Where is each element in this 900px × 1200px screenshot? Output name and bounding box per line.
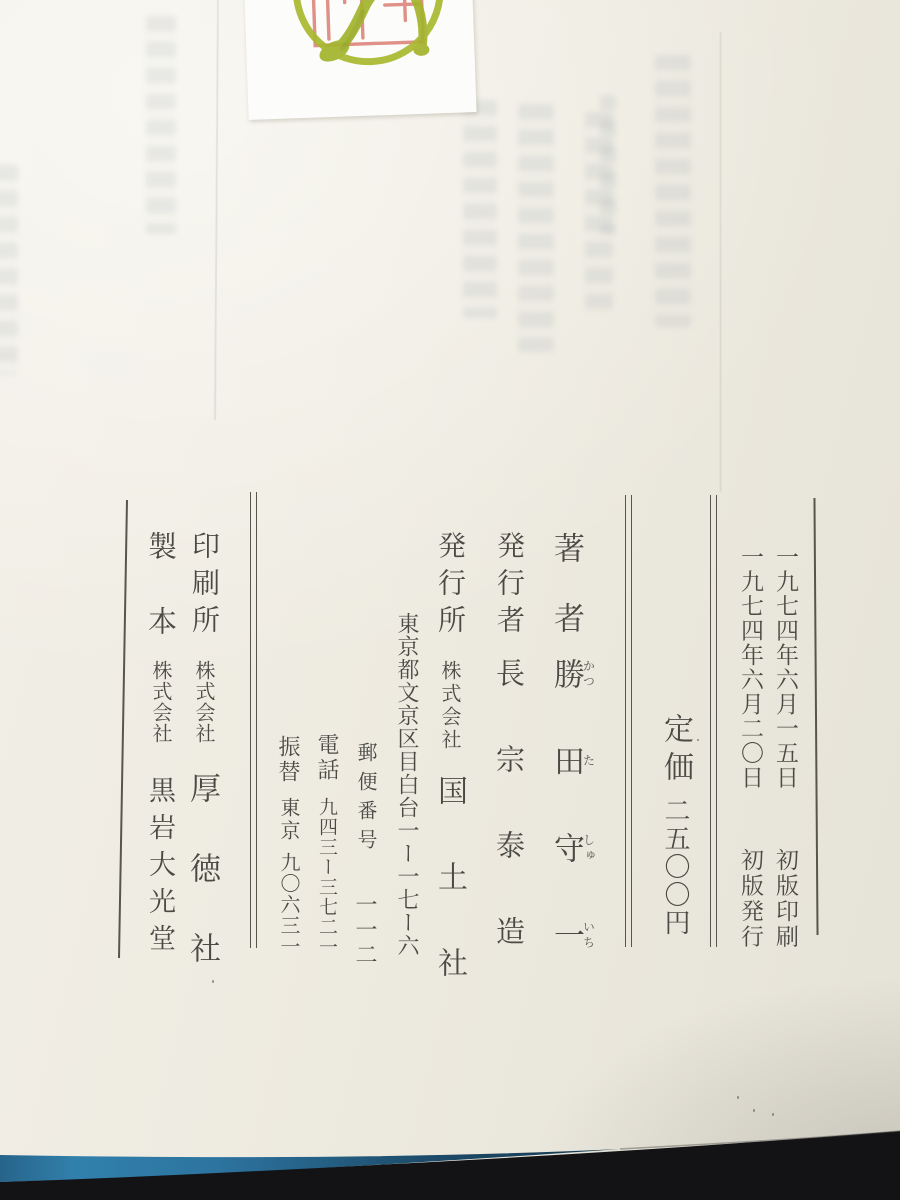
colophon-rule-right bbox=[813, 498, 818, 935]
edition-1-date: 一九七四年六月一五日 bbox=[774, 545, 797, 790]
phone-label: 電話 bbox=[316, 733, 338, 783]
author-name-furigana: しゅ bbox=[582, 832, 596, 863]
author-name-char: 田 bbox=[549, 745, 584, 776]
publisher-address: 東京都文京区目白台一ー一七ー六 bbox=[396, 612, 418, 957]
colophon-rule-double bbox=[250, 492, 251, 948]
price-value: 二五〇〇円 bbox=[662, 797, 688, 937]
publisher-label: 発行者 bbox=[494, 531, 522, 642]
dust-speck bbox=[697, 739, 699, 741]
transfer-number: 九〇六三一 bbox=[278, 852, 298, 957]
postal-code: 一一二 bbox=[354, 893, 376, 968]
phone-number: 九四三ー三七二一 bbox=[317, 797, 336, 957]
colophon-rule-double bbox=[631, 495, 632, 947]
printer-name: 厚徳社 bbox=[187, 772, 218, 1012]
publisher-name: 長宗泰造 bbox=[493, 658, 522, 1002]
publishing-house-name: 国土社 bbox=[434, 775, 464, 1033]
publishing-house-company-type: 株式会社 bbox=[439, 660, 459, 752]
colophon-rule-double bbox=[716, 495, 717, 947]
white-label-sticker bbox=[243, 0, 476, 120]
book-colophon-photo: 一九七四年六月一五日 初版印刷 一九七四年六月二〇日 初版発行 定価 二五〇〇円… bbox=[0, 0, 900, 1200]
edition-1-label: 初版印刷 bbox=[774, 848, 797, 950]
author-name-char: 一 bbox=[549, 919, 584, 950]
edition-2-date: 一九七四年六月二〇日 bbox=[739, 545, 762, 790]
postal-label: 郵便番号 bbox=[355, 742, 375, 858]
ghost-text-column bbox=[0, 165, 18, 375]
ghost-text-column bbox=[518, 104, 554, 352]
ghost-text-column bbox=[600, 95, 616, 235]
author-name-char: 勝 bbox=[549, 658, 584, 689]
page-bottom-edge bbox=[0, 1040, 900, 1200]
transfer-label: 振替 bbox=[277, 735, 299, 785]
ghost-text-column bbox=[463, 100, 497, 318]
ghost-text-column bbox=[655, 55, 691, 327]
colophon-rule-left bbox=[118, 500, 128, 958]
colophon-rule-double bbox=[625, 495, 626, 947]
author-label: 著者 bbox=[551, 532, 582, 672]
ghost-text-column bbox=[146, 16, 176, 234]
colophon-rule-double bbox=[256, 492, 257, 948]
binder-name: 黒岩大光堂 bbox=[146, 776, 173, 961]
edition-2-label: 初版発行 bbox=[739, 848, 762, 950]
author-name-furigana: かつ bbox=[582, 658, 596, 689]
price-label: 定価 bbox=[660, 713, 690, 789]
author-name-furigana: いち bbox=[582, 919, 596, 950]
printer-company-type: 株式会社 bbox=[193, 660, 213, 744]
publisher-stamp-icon bbox=[243, 0, 476, 120]
binder-label: 製本 bbox=[145, 531, 174, 681]
author-name-furigana: た bbox=[582, 745, 596, 776]
page-crease bbox=[215, 0, 219, 420]
dust-speck bbox=[212, 980, 214, 983]
page-crease bbox=[720, 32, 721, 492]
transfer-city: 東京 bbox=[278, 797, 298, 843]
author-name: 勝かつ田た守しゅ一いち bbox=[551, 658, 595, 950]
colophon-rule-double bbox=[710, 495, 711, 947]
publishing-house-label: 発行所 bbox=[435, 531, 463, 642]
author-name-char: 守 bbox=[549, 832, 584, 863]
printer-label: 印刷所 bbox=[189, 531, 217, 642]
binder-company-type: 株式会社 bbox=[150, 660, 170, 744]
